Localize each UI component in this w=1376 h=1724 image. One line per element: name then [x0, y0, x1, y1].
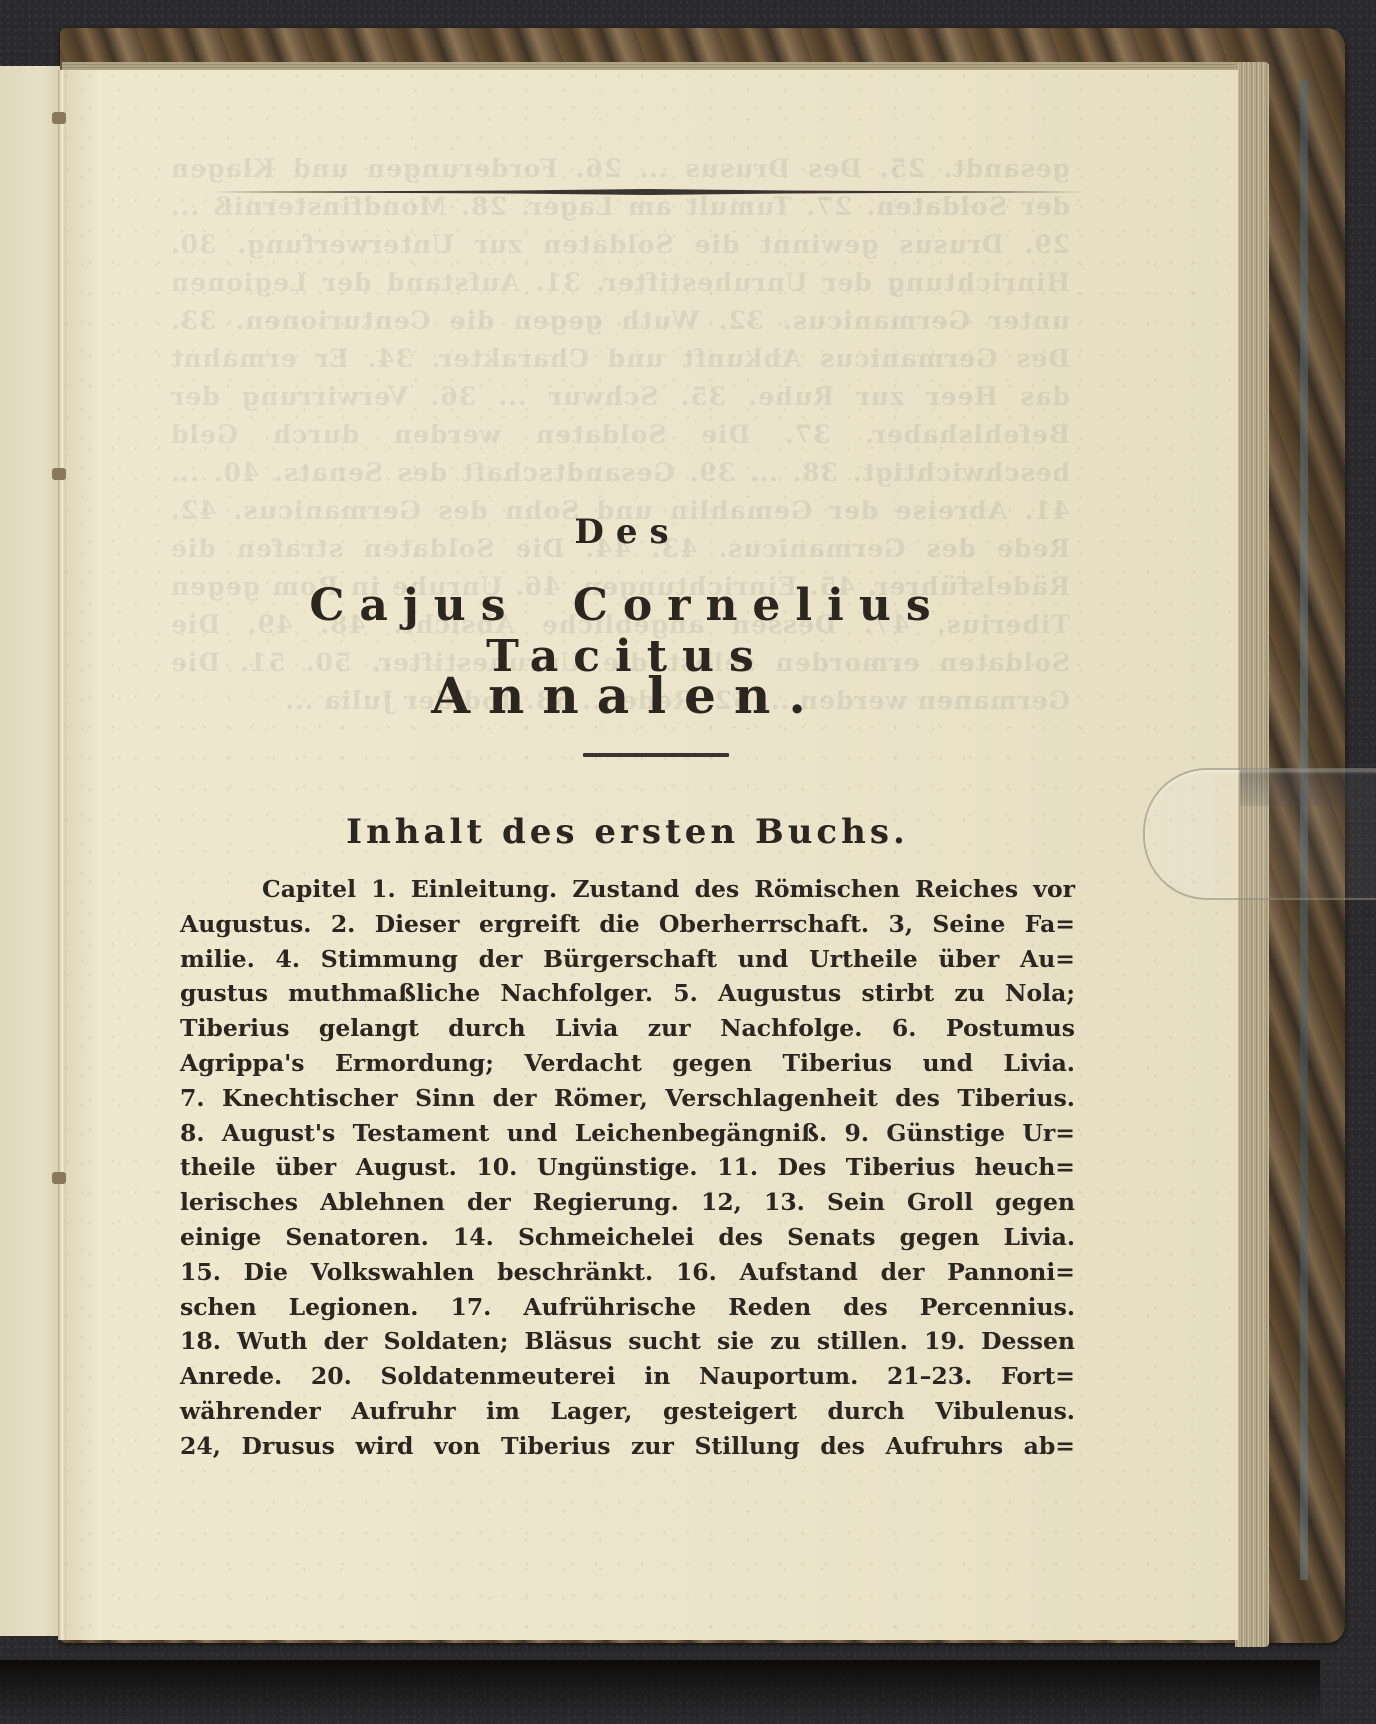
binding-thread — [52, 112, 66, 124]
body-line: 7. Knechtischer Sinn der Römer, Verschla… — [180, 1081, 1075, 1116]
body-line: Agrippa's Ermordung; Verdacht gegen Tibe… — [180, 1046, 1075, 1081]
contents-heading: Inhalt des ersten Buchs. — [180, 812, 1075, 852]
binding-thread — [52, 468, 66, 480]
body-line: theile über August. 10. Ungünstige. 11. … — [180, 1150, 1075, 1185]
body-line: 24, Drusus wird von Tiberius zur Stillun… — [180, 1429, 1075, 1464]
contents-body: Capitel 1. Einleitung. Zustand des Römis… — [180, 872, 1075, 1464]
body-line: Augustus. 2. Dieser ergreift die Oberher… — [180, 907, 1075, 942]
header-rule — [211, 188, 1086, 196]
title-work: Annalen. — [180, 666, 1075, 725]
body-line: milie. 4. Stimmung der Bürgerschaft und … — [180, 942, 1075, 977]
body-line: gustus muthmaßliche Nachfolger. 5. Augus… — [180, 976, 1075, 1011]
body-line: währender Aufruhr im Lager, gesteigert d… — [180, 1394, 1075, 1429]
body-line: 18. Wuth der Soldaten; Bläsus sucht sie … — [180, 1324, 1075, 1359]
body-line: Capitel 1. Einleitung. Zustand des Römis… — [180, 872, 1075, 907]
title-des: Des — [180, 512, 1075, 552]
book-shadow — [0, 1660, 1320, 1720]
body-line: lerisches Ablehnen der Regierung. 12, 13… — [180, 1185, 1075, 1220]
binding-thread — [52, 1172, 66, 1184]
title-rule — [583, 752, 729, 758]
body-line: einige Senatoren. 14. Schmeichelei des S… — [180, 1220, 1075, 1255]
left-page — [0, 66, 60, 1636]
book-gutter — [58, 70, 66, 1640]
body-line: Tiberius gelangt durch Livia zur Nachfol… — [180, 1011, 1075, 1046]
body-line: schen Legionen. 17. Aufrührische Reden d… — [180, 1290, 1075, 1325]
body-line: 15. Die Volkswahlen beschränkt. 16. Aufs… — [180, 1255, 1075, 1290]
body-line: 8. August's Testament und Leichenbegängn… — [180, 1116, 1075, 1151]
body-line: Anrede. 20. Soldatenmeuterei in Nauportu… — [180, 1359, 1075, 1394]
page-clip — [1143, 768, 1376, 900]
